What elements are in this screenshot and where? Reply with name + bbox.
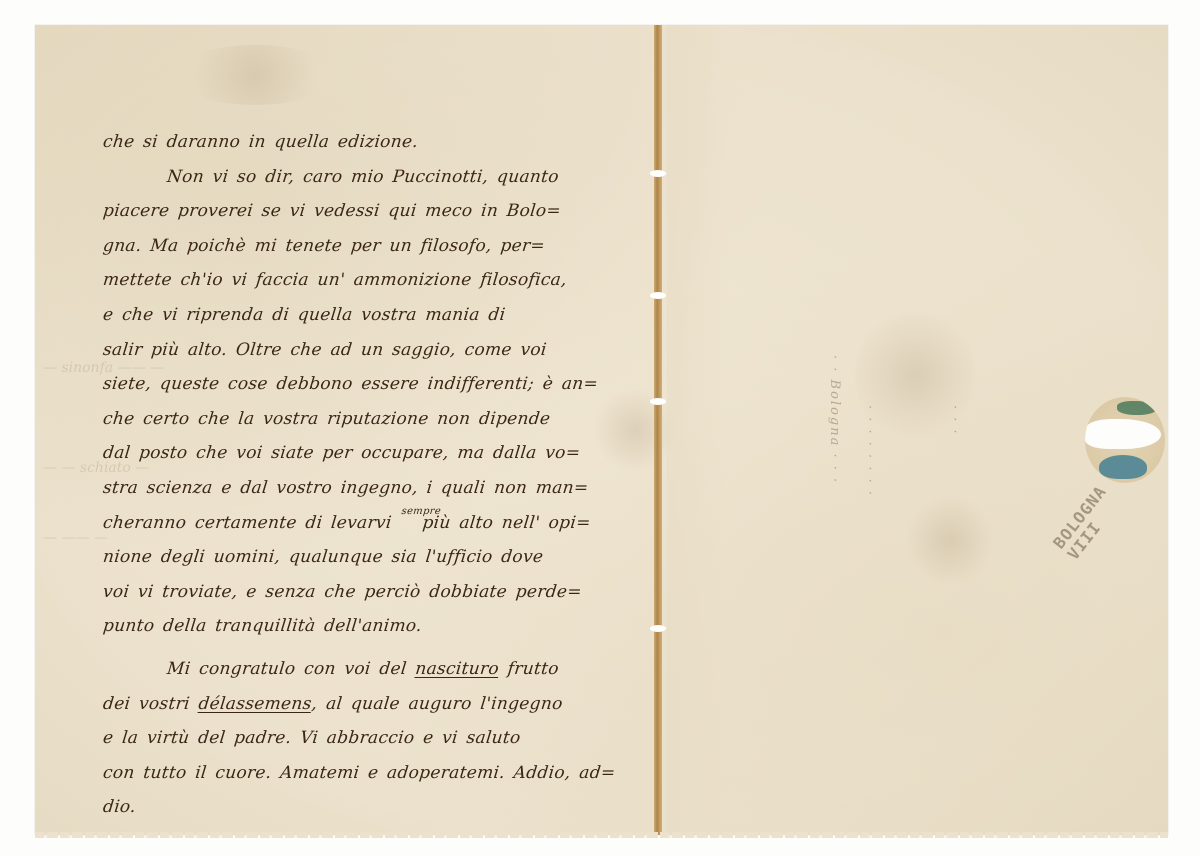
letter-line: Non vi so dir, caro mio Puccinotti, quan… [101, 160, 565, 195]
bleed-through-address: · · · · · · · · [862, 405, 877, 497]
fold-hole [650, 170, 666, 177]
center-fold [654, 25, 662, 835]
line-text: , al quale auguro l'ingegno [311, 694, 564, 714]
letter-line: stra scienza e dal vostro ingegno, i qua… [101, 471, 565, 506]
letter-line: dei vostri délassemens, al quale auguro … [101, 687, 565, 722]
bleed-through-address: · · Bologna · · · [827, 355, 842, 484]
letter-line: voi vi troviate, e senza che perciò dobb… [101, 575, 565, 610]
letter-line: siete, queste cose debbono essere indiff… [101, 367, 565, 402]
left-page: che si daranno in quella edizione. Non v… [35, 25, 655, 835]
letter-line: nione degli uomini, qualunque sia l'uffi… [101, 540, 565, 575]
letter-line: che certo che la vostra riputazione non … [101, 402, 565, 437]
line-text: dei vostri [102, 694, 191, 714]
letter-line: e la virtù del padre. Vi abbraccio e vi … [101, 721, 565, 756]
letter-line: piacere proverei se vi vedessi qui meco … [101, 194, 565, 229]
letter-line: con tutto il cuore. Amatemi e adoperatem… [101, 756, 565, 791]
letter-line: dal posto che voi siate per occupare, ma… [101, 436, 565, 471]
letter-line: punto della tranquillità dell'animo. [101, 609, 565, 644]
wax-seal [1085, 397, 1165, 483]
underlined-word: délassemens [197, 694, 312, 714]
letter-line: salir più alto. Oltre che ad un saggio, … [101, 333, 565, 368]
interlinear-insertion: sempre [400, 495, 443, 530]
letter-sheet: — sinonfa —— — — — schiato — — —— — che … [35, 25, 1168, 835]
fold-hole [650, 398, 666, 405]
letter-line: Mi congratulo con voi del nascituro frut… [101, 652, 565, 687]
letter-body: che si daranno in quella edizione. Non v… [103, 125, 563, 825]
letter-line: che si daranno in quella edizione. [101, 125, 565, 160]
fold-hole [650, 292, 666, 299]
seal-tear-hole [1085, 419, 1161, 449]
letter-line: gna. Ma poichè mi tenete per un filosofo… [101, 229, 565, 264]
underlined-word: nascituro [414, 659, 500, 679]
line-text: frutto [507, 659, 560, 679]
bleed-through-address: · · · [947, 405, 962, 436]
scan-background: — sinonfa —— — — — schiato — — —— — che … [0, 0, 1200, 856]
letter-line: cheranno certamente di levarvi sempre pi… [101, 506, 565, 541]
line-text: Mi congratulo con voi del [166, 659, 408, 679]
line-text: cheranno certamente di levarvi [102, 513, 393, 533]
wax-seal-fragment [1099, 455, 1147, 479]
letter-line: e che vi riprenda di quella vostra mania… [101, 298, 565, 333]
wax-seal-fragment [1117, 401, 1157, 415]
fold-hole [650, 625, 666, 632]
letter-line: mettete ch'io vi faccia un' ammonizione … [101, 263, 565, 298]
line-text: più alto nell' opi= [421, 513, 591, 533]
letter-line: dio. [101, 790, 565, 825]
